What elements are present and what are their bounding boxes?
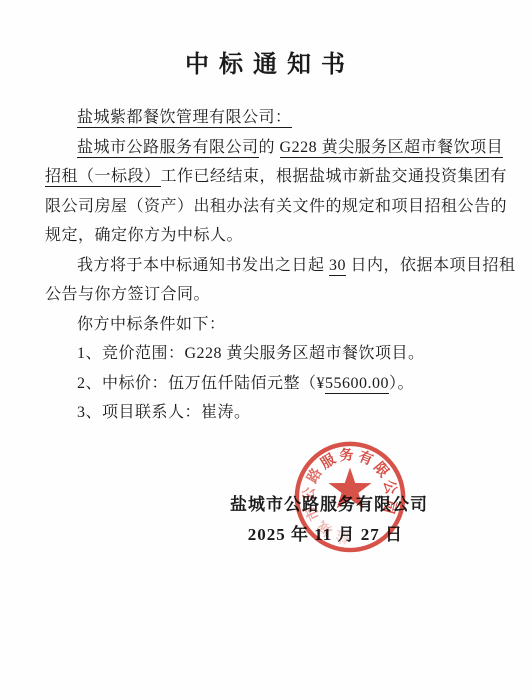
body-line: 1、竞价范围：G228 黄尖服务区超市餐饮项目。 <box>45 339 495 369</box>
text-run: 公告与你方签订合同。 <box>45 286 210 303</box>
body-line: 招租（一标段）工作已经结束，根据盐城市新盐交通投资集团有 <box>45 162 495 192</box>
body-line: 2、中标价：伍万伍仟陆佰元整（¥55600.00）。 <box>45 369 495 399</box>
underlined-text-run: 招租（一标段） <box>45 168 161 187</box>
body-line: 公告与你方签订合同。 <box>45 280 495 310</box>
document-page: 中 标 通 知 书 盐城紫都餐饮管理有限公司：盐城市公路服务有限公司的 G228… <box>0 0 532 700</box>
body-line: 我方将于本中标通知书发出之日起 30 日内，依据本项目招租 <box>45 251 495 281</box>
document-title: 中 标 通 知 书 <box>0 44 532 79</box>
text-run: 的 <box>259 139 280 156</box>
seal-arc-char: 路 <box>303 464 326 486</box>
text-run: 3、项目联系人：崔涛。 <box>77 404 251 421</box>
seal-arc-char: 有 <box>356 447 376 469</box>
underlined-text-run: 盐城紫都餐饮管理有限公司： <box>77 109 292 128</box>
underlined-text-run: G228 黄尖服务区超市餐饮项目 <box>280 139 504 158</box>
seal-arc-char: 服 <box>317 450 339 472</box>
underlined-text-run: 30 <box>329 257 346 276</box>
text-run: ）。 <box>389 375 414 392</box>
text-run: 你方中标条件如下： <box>77 316 226 333</box>
text-run: 限公司房屋（资产）出租办法有关文件的规定和项目招租公告的 <box>45 198 507 215</box>
body-line: 限公司房屋（资产）出租办法有关文件的规定和项目招租公告的 <box>45 192 495 222</box>
document-body: 盐城紫都餐饮管理有限公司：盐城市公路服务有限公司的 G228 黄尖服务区超市餐饮… <box>45 103 495 428</box>
text-run: 日内，依据本项目招租 <box>346 257 516 274</box>
text-run: 2、中标价：伍万伍仟陆佰元整（¥ <box>77 375 325 392</box>
underlined-text-run: 55600.00 <box>325 375 389 394</box>
seal-arc-char: 务 <box>339 445 356 464</box>
text-run: 1、竞价范围：G228 黄尖服务区超市餐饮项目。 <box>77 345 425 362</box>
signature-company: 盐城市公路服务有限公司 <box>230 490 428 515</box>
body-line: 3、项目联系人：崔涛。 <box>45 398 495 428</box>
signature-date: 2025 年 11 月 27 日 <box>248 520 403 545</box>
text-run: 我方将于本中标通知书发出之日起 <box>77 257 329 274</box>
body-line: 规定，确定你方为中标人。 <box>45 221 495 251</box>
body-line: 盐城紫都餐饮管理有限公司： <box>45 103 495 133</box>
text-run: 工作已经结束，根据盐城市新盐交通投资集团有 <box>161 168 508 185</box>
body-line: 你方中标条件如下： <box>45 310 495 340</box>
seal-arc-char: 限 <box>370 458 393 481</box>
body-line: 盐城市公路服务有限公司的 G228 黄尖服务区超市餐饮项目 <box>45 133 495 163</box>
text-run: 规定，确定你方为中标人。 <box>45 227 243 244</box>
underlined-text-run: 盐城市公路服务有限公司 <box>77 139 259 158</box>
